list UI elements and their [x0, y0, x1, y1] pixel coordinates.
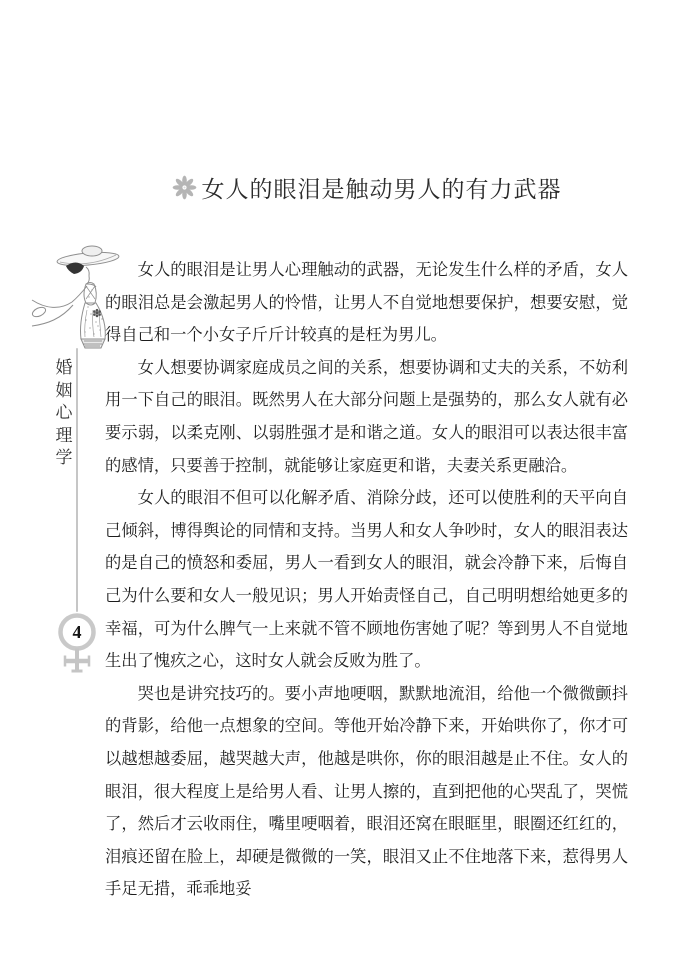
- page-number: 4: [73, 622, 82, 642]
- body-text: 女人的眼泪是让男人心理触动的武器，无论发生什么样的矛盾，女人的眼泪总是会激起男人…: [105, 254, 628, 906]
- paragraph-1: 女人的眼泪是让男人心理触动的武器，无论发生什么样的矛盾，女人的眼泪总是会激起男人…: [105, 254, 628, 352]
- female-symbol-icon: 4: [55, 607, 99, 681]
- paragraph-4: 哭也是讲究技巧的。要小声地哽咽，默默地流泪，给他一个微微颤抖的背影，给他一点想象…: [105, 678, 628, 906]
- book-title-vertical: 婚 姻 心 理 学: [50, 357, 78, 470]
- book-title-char: 心: [56, 402, 73, 425]
- paragraph-3: 女人的眼泪不但可以化解矛盾、消除分歧，还可以使胜利的天平向自己倾斜，博得舆论的同…: [105, 482, 628, 678]
- book-title-char: 学: [56, 447, 73, 470]
- book-title-char: 理: [56, 425, 73, 448]
- chapter-title-block: 女人的眼泪是触动男人的有力武器: [105, 170, 628, 204]
- chapter-title: 女人的眼泪是触动男人的有力武器: [202, 171, 562, 204]
- female-symbol-cross: [65, 649, 89, 672]
- book-title-char: 姻: [56, 380, 73, 403]
- flower-asterisk-icon: [172, 175, 197, 200]
- book-page: 女人的眼泪是触动男人的有力武器: [0, 0, 700, 978]
- book-title-char: 婚: [56, 357, 73, 380]
- paragraph-2: 女人想要协调家庭成员之间的关系，想要协调和丈夫的关系，不妨利用一下自己的眼泪。既…: [105, 352, 628, 482]
